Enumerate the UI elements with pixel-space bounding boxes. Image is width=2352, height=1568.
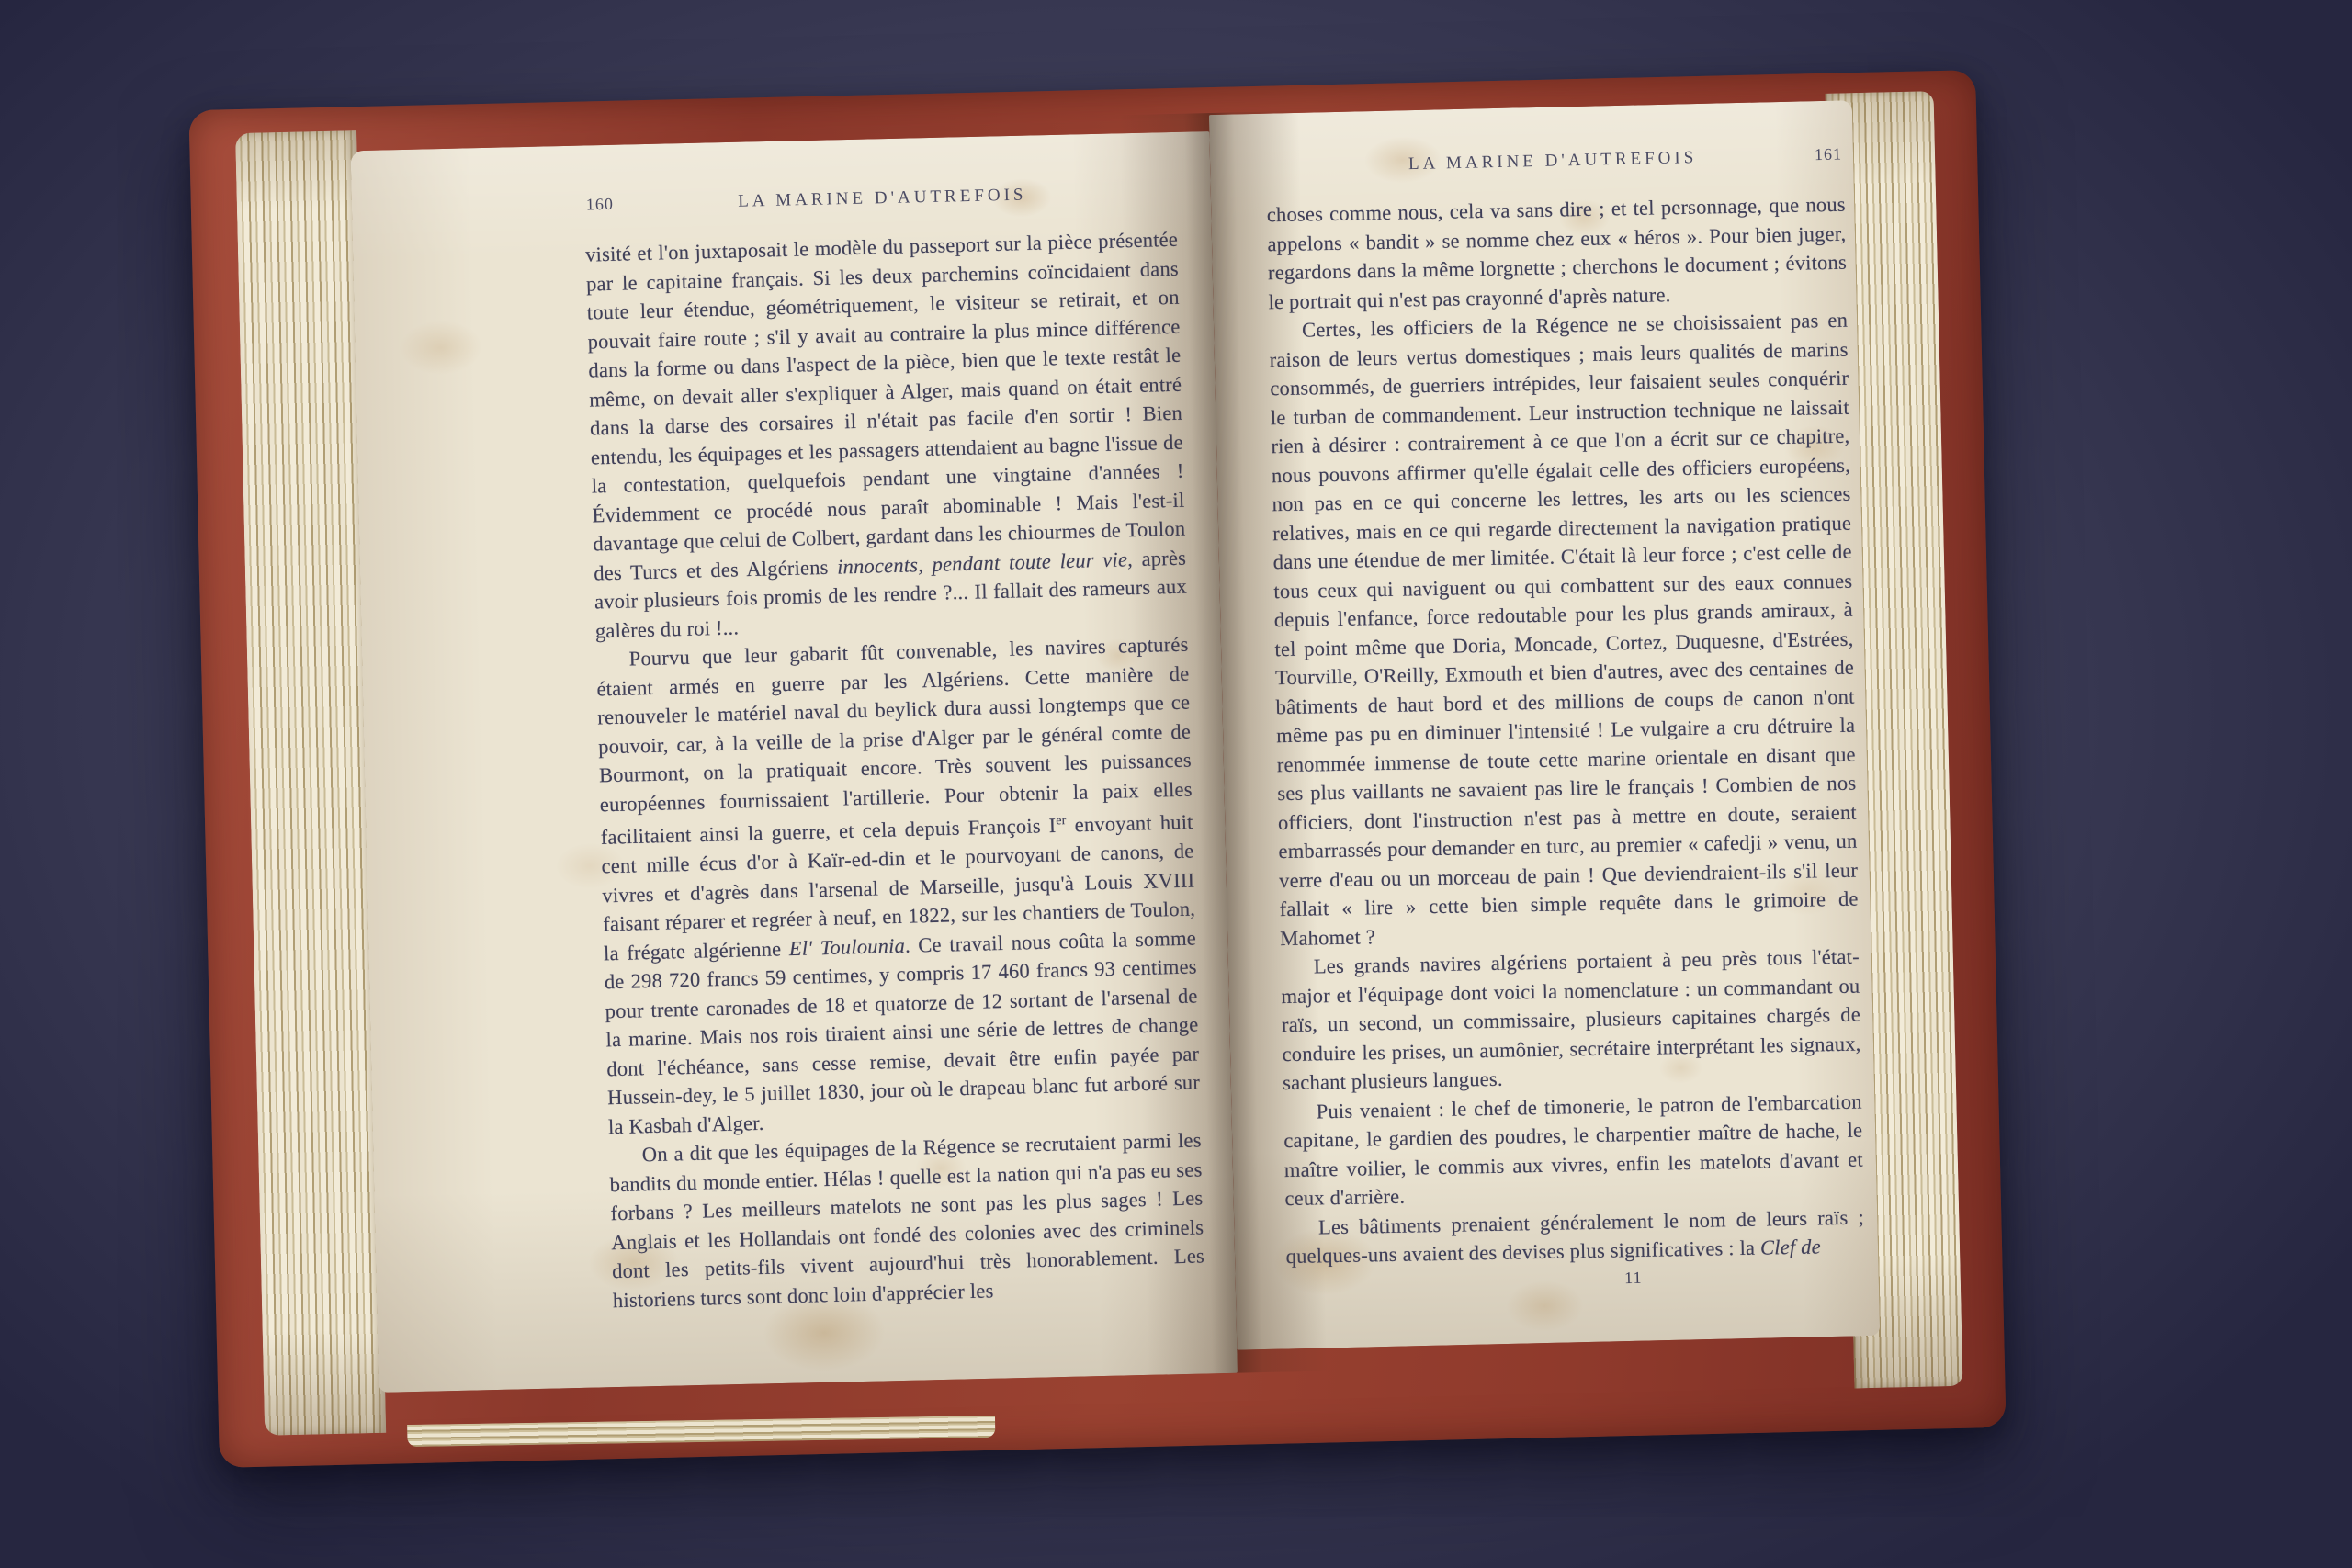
paragraph: Les bâtiments prenaient généralement le … <box>1285 1202 1865 1271</box>
paragraph: On a dit que les équipages de la Régence… <box>608 1125 1205 1314</box>
text-run: choses comme nous, cela va sans dire ; e… <box>1267 193 1848 313</box>
paragraph: Pourvu que leur gabarit fût convenable, … <box>595 630 1201 1142</box>
right-running-title: LA MARINE D'AUTREFOIS <box>1315 146 1791 177</box>
right-page-number: 161 <box>1791 144 1842 164</box>
superscript-run: er <box>1056 814 1067 828</box>
right-page: LA MARINE D'AUTREFOIS 161 choses comme n… <box>1209 100 1880 1350</box>
paragraph: Puis venaient : le chef de timonerie, le… <box>1283 1087 1863 1213</box>
italic-run: innocents, pendant toute leur vie, <box>837 547 1133 578</box>
text-run: Les grands navires algériens portaient à… <box>1281 945 1861 1095</box>
paragraph: Les grands navires algériens portaient à… <box>1281 942 1862 1098</box>
right-header-spacer <box>1263 171 1315 172</box>
open-book: 160 LA MARINE D'AUTREFOIS visité et l'on… <box>188 70 2006 1468</box>
paragraph: choses comme nous, cela va sans dire ; e… <box>1267 190 1848 317</box>
paragraph: Certes, les officiers de la Régence ne s… <box>1269 306 1860 953</box>
left-page-number: 160 <box>586 194 638 214</box>
right-page-header: LA MARINE D'AUTREFOIS 161 <box>1263 144 1842 177</box>
left-page: 160 LA MARINE D'AUTREFOIS visité et l'on… <box>351 131 1238 1393</box>
italic-run: El' Toulounia <box>788 933 905 959</box>
photo-background: 160 LA MARINE D'AUTREFOIS visité et l'on… <box>0 0 2352 1568</box>
text-run: visité et l'on juxtaposait le modèle du … <box>585 228 1186 584</box>
text-run: On a dit que les équipages de la Régence… <box>609 1128 1204 1311</box>
right-text-block: choses comme nous, cela va sans dire ; e… <box>1267 190 1865 1271</box>
left-running-title: LA MARINE D'AUTREFOIS <box>638 183 1127 214</box>
italic-run: Clef de <box>1760 1235 1821 1258</box>
text-run: Puis venaient : le chef de timonerie, le… <box>1283 1089 1863 1210</box>
left-text-block: visité et l'on juxtaposait le modèle du … <box>585 225 1205 1314</box>
left-page-header: 160 LA MARINE D'AUTREFOIS <box>586 182 1179 216</box>
left-header-spacer <box>1127 197 1179 197</box>
text-run: Certes, les officiers de la Régence ne s… <box>1269 309 1858 950</box>
paragraph: visité et l'on juxtaposait le modèle du … <box>585 225 1188 646</box>
